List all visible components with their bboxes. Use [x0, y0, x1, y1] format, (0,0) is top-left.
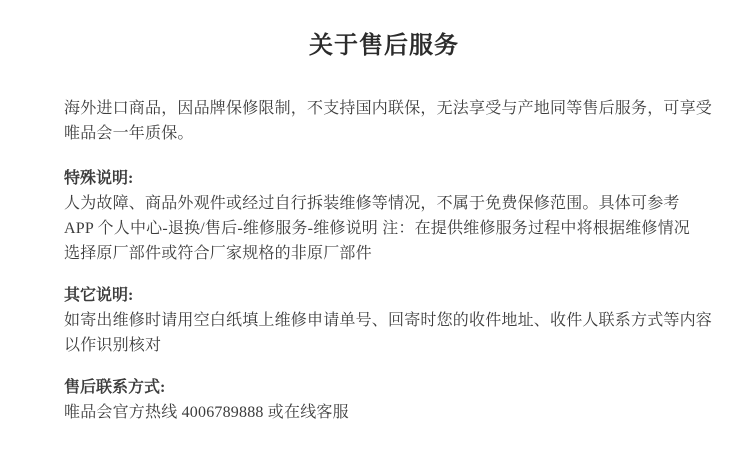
page-title: 关于售后服务 [64, 30, 704, 62]
after-sales-service-document: 关于售后服务 海外进口商品，因品牌保修限制，不支持国内联保，无法享受与产地同等售… [0, 0, 750, 454]
section-contact: 售后联系方式: 唯品会官方热线 4006789888 或在线客服 [64, 375, 704, 425]
intro-paragraph: 海外进口商品，因品牌保修限制，不支持国内联保，无法享受与产地同等售后服务，可享受… [64, 96, 704, 146]
contact-hotline-line: 唯品会官方热线 4006789888 或在线客服 [64, 400, 704, 425]
section-heading-other-notes: 其它说明: [64, 283, 704, 308]
intro-line-1: 海外进口商品，因品牌保修限制，不支持国内联保，无法享受与产地同等售后服务，可享受 [64, 96, 704, 121]
intro-line-2: 唯品会一年质保。 [64, 121, 704, 146]
special-notes-line-3: 选择原厂部件或符合厂家规格的非原厂部件 [64, 241, 704, 266]
section-other-notes: 其它说明: 如寄出维修时请用空白纸填上维修申请单号、回寄时您的收件地址、收件人联… [64, 283, 704, 358]
section-heading-contact: 售后联系方式: [64, 375, 704, 400]
section-heading-special-notes: 特殊说明: [64, 166, 704, 191]
other-notes-line-2: 以作识别核对 [64, 333, 704, 358]
special-notes-line-1: 人为故障、商品外观件或经过自行拆装维修等情况，不属于免费保修范围。具体可参考 [64, 191, 704, 216]
other-notes-line-1: 如寄出维修时请用空白纸填上维修申请单号、回寄时您的收件地址、收件人联系方式等内容 [64, 308, 704, 333]
section-special-notes: 特殊说明: 人为故障、商品外观件或经过自行拆装维修等情况，不属于免费保修范围。具… [64, 166, 704, 266]
special-notes-line-2: APP 个人中心-退换/售后-维修服务-维修说明 注：在提供维修服务过程中将根据… [64, 216, 704, 241]
